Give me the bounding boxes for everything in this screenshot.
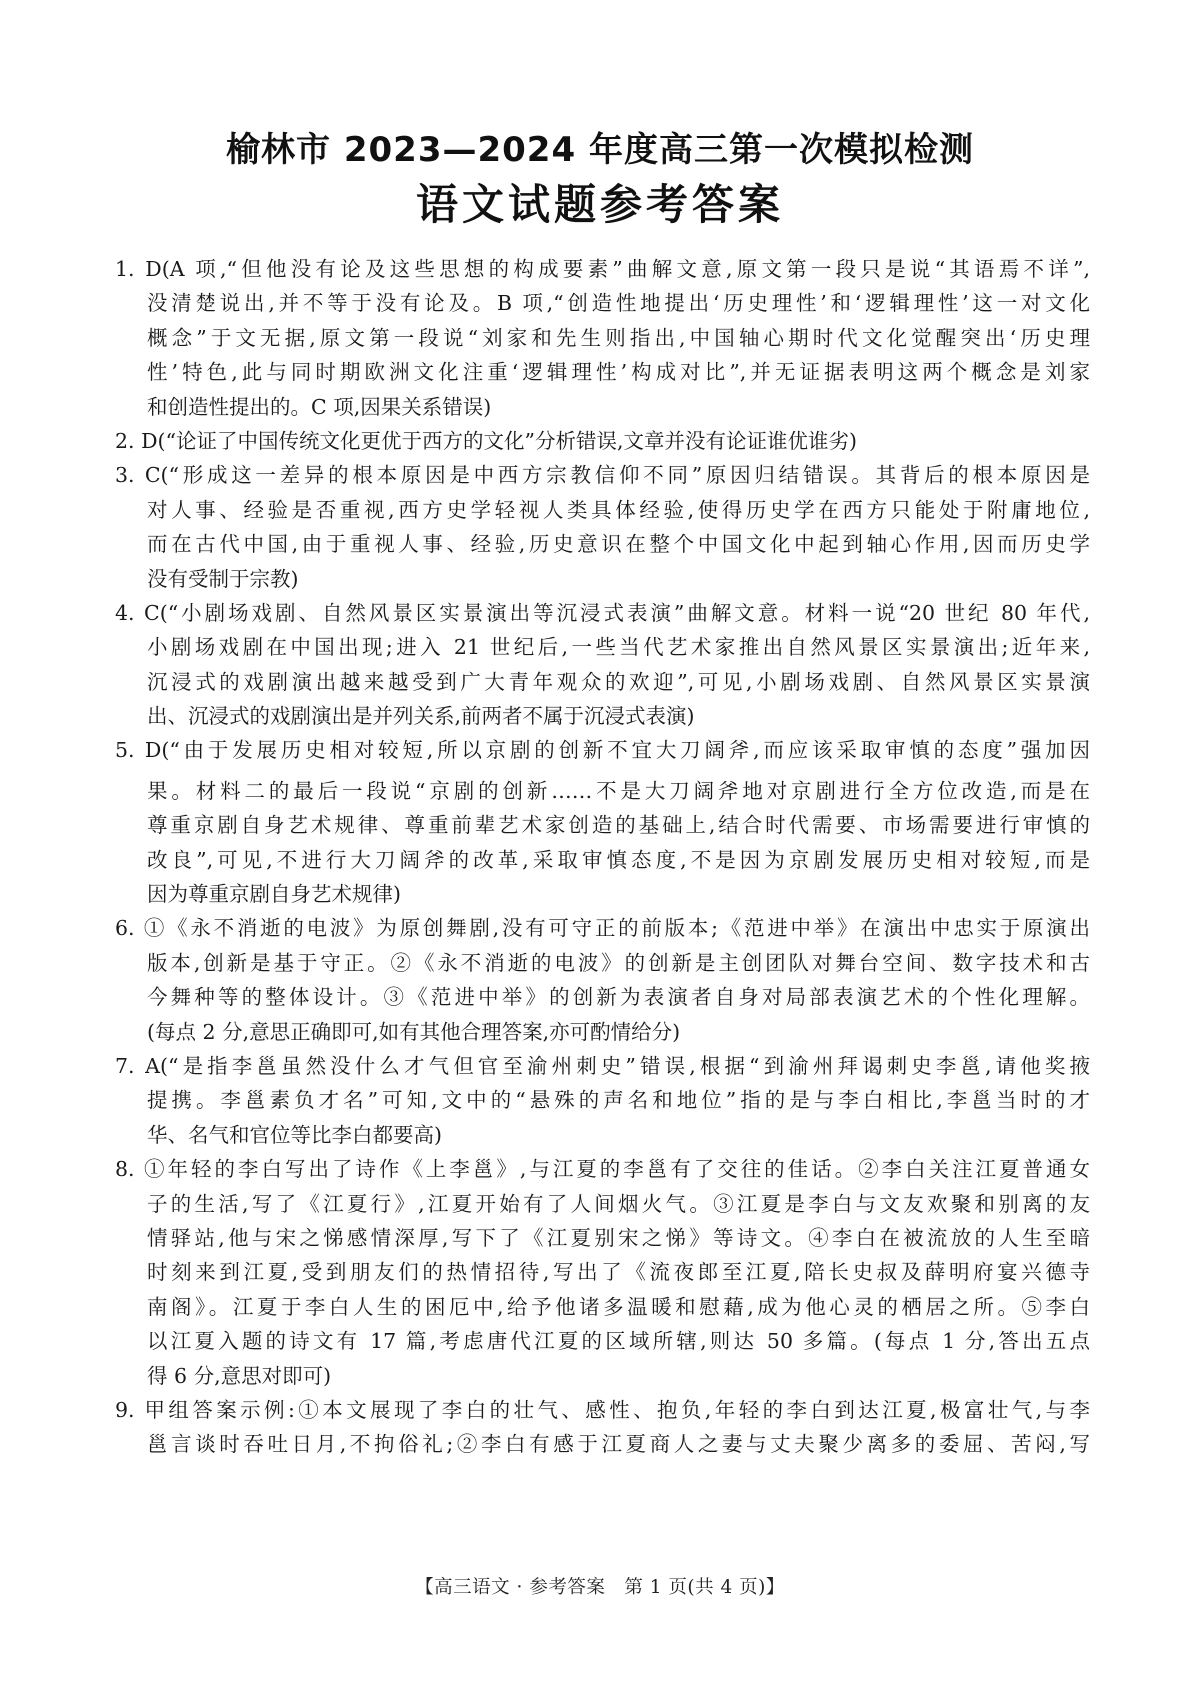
answer-line: 1. D(A 项,“但他没有论及这些思想的构成要素”曲解文意,原文第一段只是说“…: [115, 252, 1090, 286]
answer-line: 5. D(“由于发展历史相对较短,所以京剧的创新不宜大刀阔斧,而应该采取审慎的态…: [115, 733, 1090, 767]
answer-line: 对人事、经验是否重视,西方史学轻视人类具体经验,使得历史学在西方只能处于附庸地位…: [115, 493, 1090, 527]
answer-line: 以江夏入题的诗文有 17 篇,考虑唐代江夏的区域所辖,则达 50 多篇。(每点 …: [115, 1324, 1090, 1358]
answer-line: 得 6 分,意思对即可): [115, 1359, 1090, 1393]
answer-line: 改良”,可见,不进行大刀阔斧的改革,采取审慎态度,不是因为京剧发展历史相对较短,…: [115, 843, 1090, 877]
answer-line: 沉浸式的戏剧演出越来越受到广大青年观众的欢迎”,可见,小剧场戏剧、自然风景区实景…: [115, 665, 1090, 699]
answer-line: 提携。李邕素负才名”可知,文中的“悬殊的声名和地位”指的是与李白相比,李邕当时的…: [115, 1083, 1090, 1117]
answer-line: 情驿站,他与宋之悌感情深厚,写下了《江夏别宋之悌》等诗文。④李白在被流放的人生至…: [115, 1221, 1090, 1255]
answer-line: 4. C(“小剧场戏剧、自然风景区实景演出等沉浸式表演”曲解文意。材料一说“20…: [115, 596, 1090, 630]
answer-line: 子的生活,写了《江夏行》,江夏开始有了人间烟火气。③江夏是李白与文友欢聚和别离的…: [115, 1187, 1090, 1221]
answer-line: 和创造性提出的。C 项,因果关系错误): [115, 390, 1090, 424]
answer-item-9: 9. 甲组答案示例:①本文展现了李白的壮气、感性、抱负,年轻的李白到达江夏,极富…: [115, 1393, 1090, 1462]
answer-item-4: 4. C(“小剧场戏剧、自然风景区实景演出等沉浸式表演”曲解文意。材料一说“20…: [115, 596, 1090, 734]
answer-line: 而在古代中国,由于重视人事、经验,历史意识在整个中国文化中起到轴心作用,因而历史…: [115, 527, 1090, 561]
answer-line: 3. C(“形成这一差异的根本原因是中西方宗教信仰不同”原因归结错误。其背后的根…: [115, 458, 1090, 492]
answer-item-8: 8. ①年轻的李白写出了诗作《上李邕》,与江夏的李邕有了交往的佳话。②李白关注江…: [115, 1152, 1090, 1393]
answer-line: 版本,创新是基于守正。②《永不消逝的电波》的创新是主创团队对舞台空间、数字技术和…: [115, 946, 1090, 980]
answer-line: 出、沉浸式的戏剧演出是并列关系,前两者不属于沉浸式表演): [115, 699, 1090, 733]
answer-line: (每点 2 分,意思正确即可,如有其他合理答案,亦可酌情给分): [115, 1015, 1090, 1049]
answer-item-6: 6. ①《永不消逝的电波》为原创舞剧,没有可守正的前版本;《范进中举》在演出中忠…: [115, 911, 1090, 1049]
answer-line: 因为尊重京剧自身艺术规律): [115, 877, 1090, 911]
page-footer: 【高三语文 · 参考答案 第 1 页(共 4 页)】: [0, 1573, 1200, 1599]
answer-line: 没清楚说出,并不等于没有论及。B 项,“创造性地提出‘历史理性’和‘逻辑理性’这…: [115, 286, 1090, 320]
answer-line: 9. 甲组答案示例:①本文展现了李白的壮气、感性、抱负,年轻的李白到达江夏,极富…: [115, 1393, 1090, 1427]
answer-line: 邕言谈时吞吐日月,不拘俗礼;②李白有感于江夏商人之妻与丈夫聚少离多的委屈、苦闷,…: [115, 1427, 1090, 1461]
answer-line: 2. D(“论证了中国传统文化更优于西方的文化”分析错误,文章并没有论证谁优谁劣…: [115, 424, 1090, 458]
answer-line: 尊重京剧自身艺术规律、尊重前辈艺术家创造的基础上,结合时代需要、市场需要进行审慎…: [115, 808, 1090, 842]
answer-item-7: 7. A(“是指李邕虽然没什么才气但官至渝州刺史”错误,根据“到渝州拜谒刺史李邕…: [115, 1049, 1090, 1152]
answer-item-1: 1. D(A 项,“但他没有论及这些思想的构成要素”曲解文意,原文第一段只是说“…: [115, 252, 1090, 424]
answer-line: 南阁》。江夏于李白人生的困厄中,给予他诸多温暖和慰藉,成为他心灵的栖居之所。⑤李…: [115, 1290, 1090, 1324]
answer-line: 没有受制于宗教): [115, 562, 1090, 596]
answer-line: 性’特色,此与同时期欧洲文化注重‘逻辑理性’构成对比”,并无证据表明这两个概念是…: [115, 355, 1090, 389]
answer-item-3: 3. C(“形成这一差异的根本原因是中西方宗教信仰不同”原因归结错误。其背后的根…: [115, 458, 1090, 596]
answer-item-5: 5. D(“由于发展历史相对较短,所以京剧的创新不宜大刀阔斧,而应该采取审慎的态…: [115, 733, 1090, 911]
answer-item-2: 2. D(“论证了中国传统文化更优于西方的文化”分析错误,文章并没有论证谁优谁劣…: [115, 424, 1090, 458]
answer-line: 概念”于文无据,原文第一段说“刘家和先生则指出,中国轴心期时代文化觉醒突出‘历史…: [115, 321, 1090, 355]
document-subtitle: 语文试题参考答案: [0, 172, 1200, 232]
answer-line: 8. ①年轻的李白写出了诗作《上李邕》,与江夏的李邕有了交往的佳话。②李白关注江…: [115, 1152, 1090, 1186]
answer-line: 果。材料二的最后一段说“京剧的创新……不是大刀阔斧地对京剧进行全方位改造,而是在: [115, 774, 1090, 808]
document-title: 榆林市 2023—2024 年度高三第一次模拟检测: [0, 122, 1200, 171]
answer-line: 7. A(“是指李邕虽然没什么才气但官至渝州刺史”错误,根据“到渝州拜谒刺史李邕…: [115, 1049, 1090, 1083]
answer-list: 1. D(A 项,“但他没有论及这些思想的构成要素”曲解文意,原文第一段只是说“…: [115, 252, 1090, 1462]
answer-line: 小剧场戏剧在中国出现;进入 21 世纪后,一些当代艺术家推出自然风景区实景演出;…: [115, 630, 1090, 664]
answer-line: 华、名气和官位等比李白都要高): [115, 1118, 1090, 1152]
answer-line: 今舞种等的整体设计。③《范进中举》的创新为表演者自身对局部表演艺术的个性化理解。: [115, 980, 1090, 1014]
answer-line: 时刻来到江夏,受到朋友们的热情招待,写出了《流夜郎至江夏,陪长史叔及薛明府宴兴德…: [115, 1255, 1090, 1289]
answer-line: 6. ①《永不消逝的电波》为原创舞剧,没有可守正的前版本;《范进中举》在演出中忠…: [115, 911, 1090, 945]
